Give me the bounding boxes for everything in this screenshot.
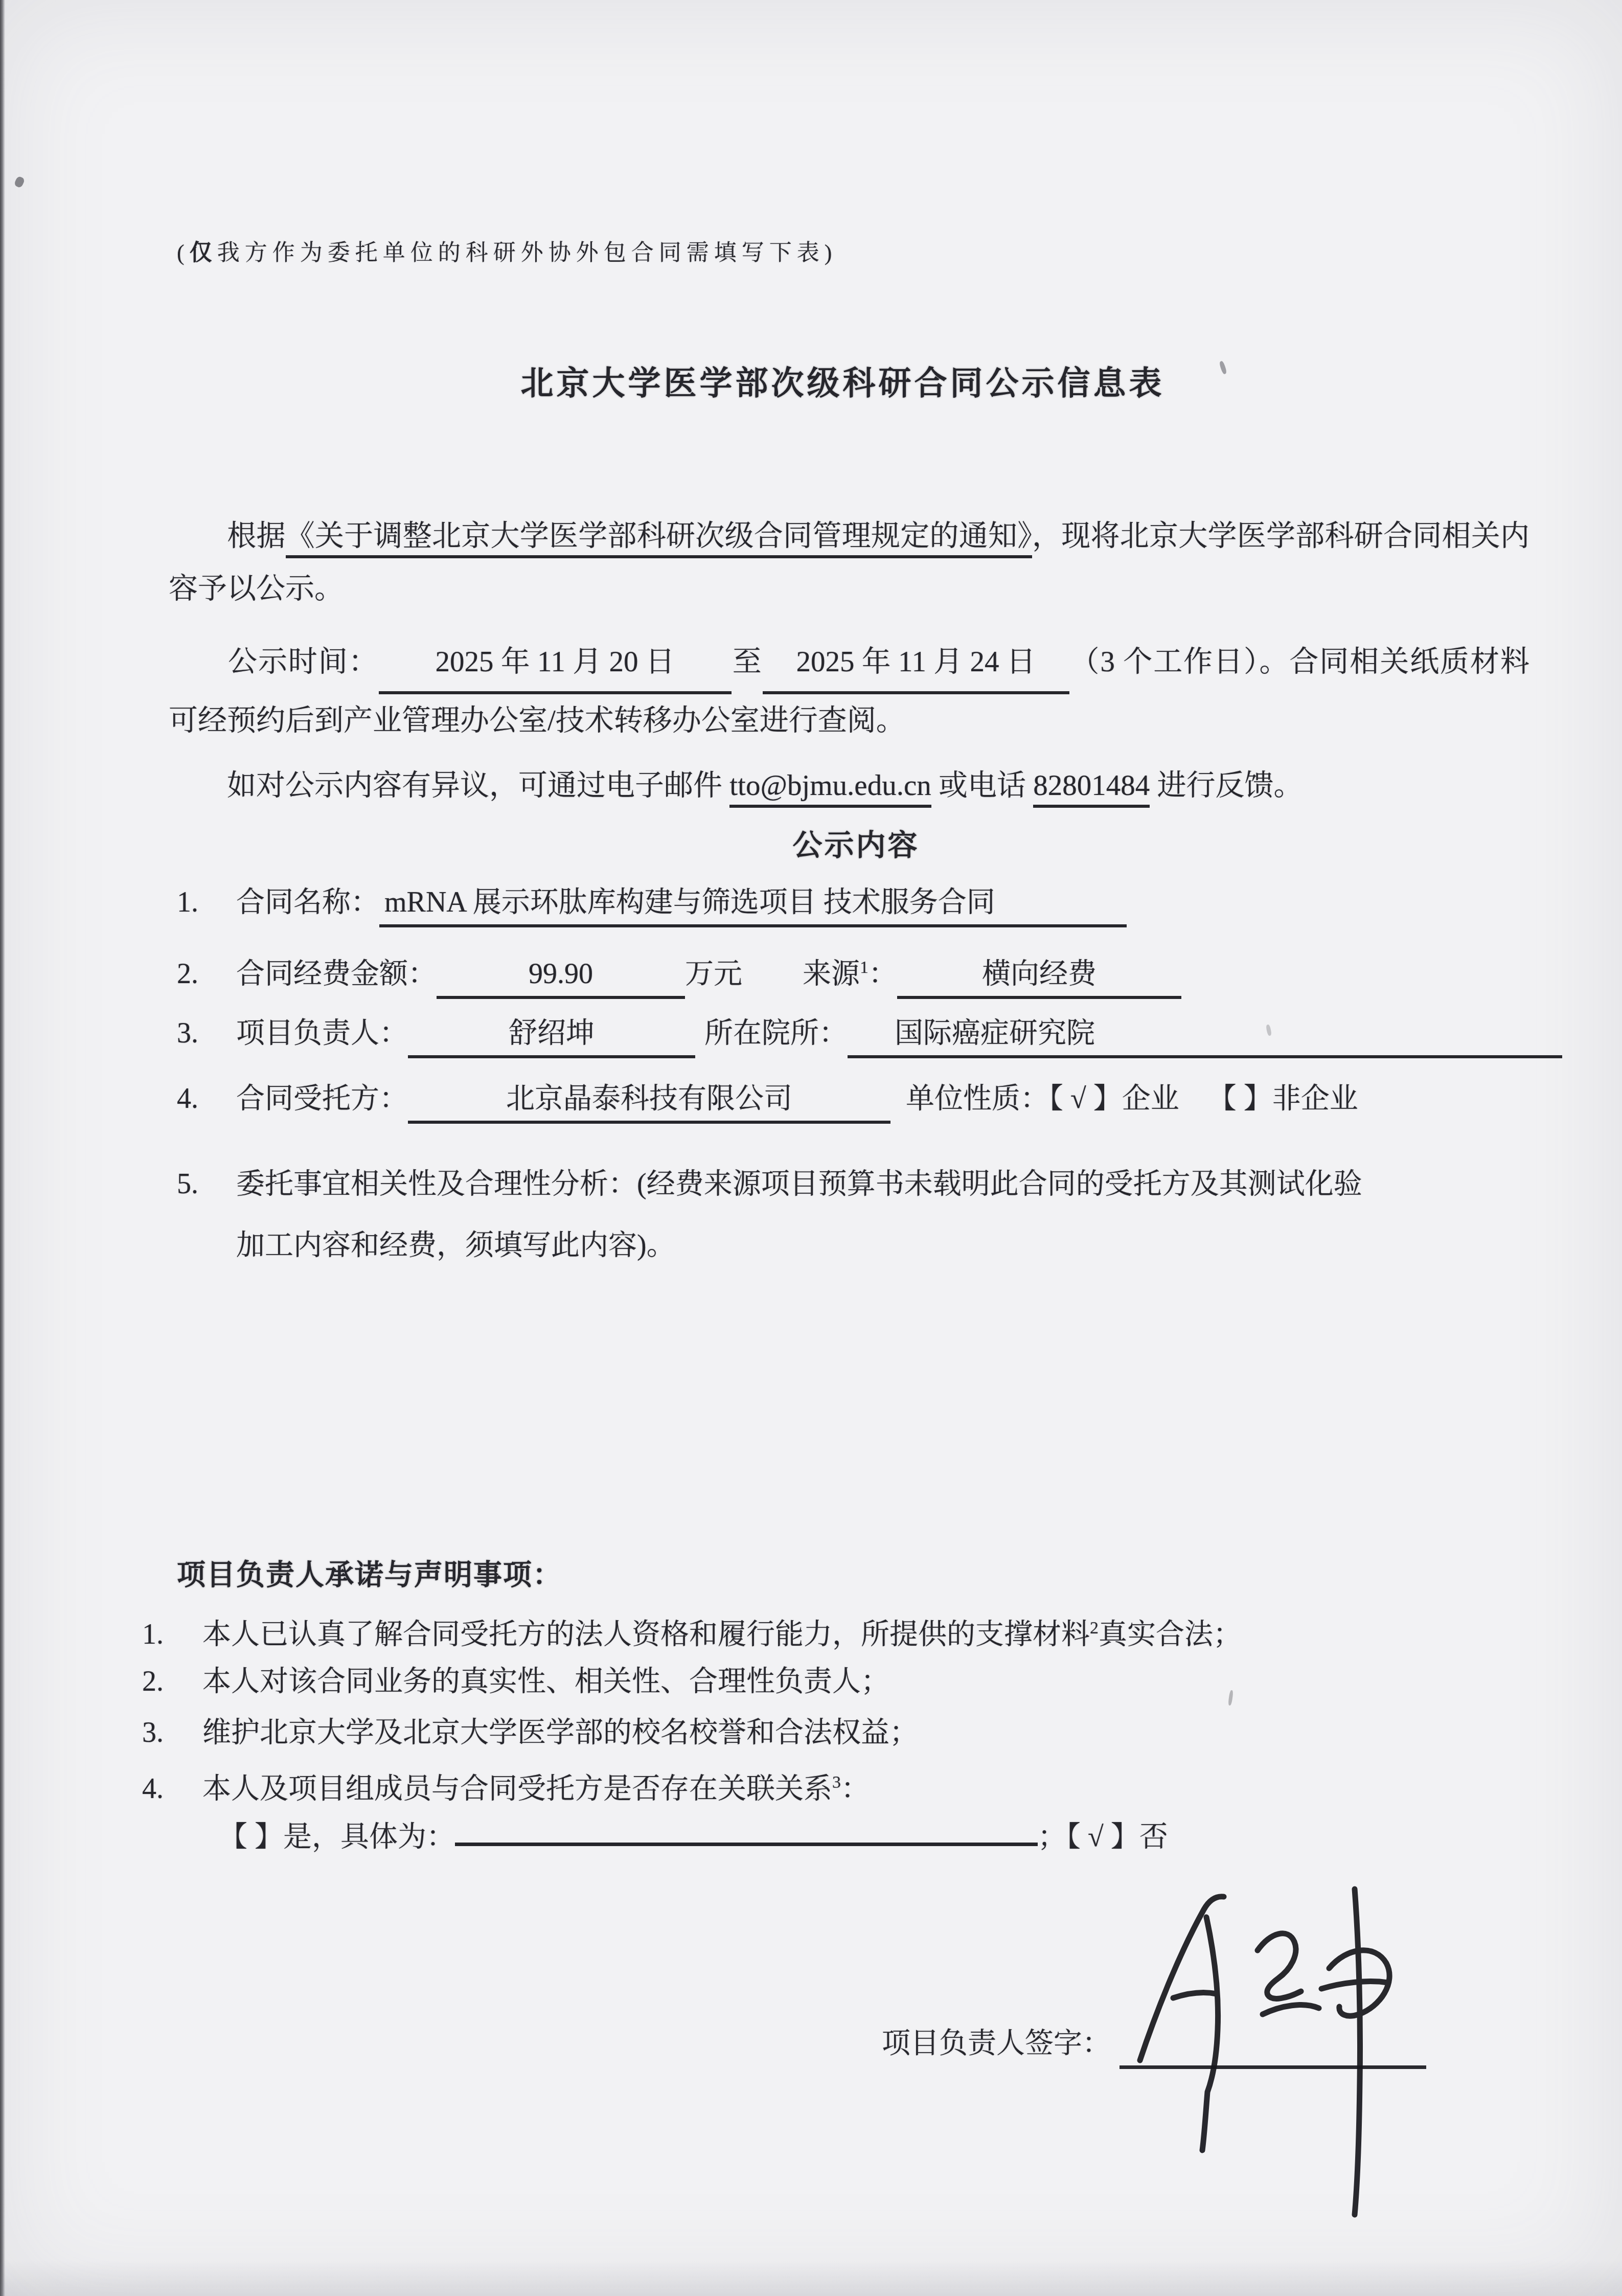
nature-label: 单位性质： [906, 1083, 1049, 1115]
item-number: 2. [142, 1663, 202, 1700]
declaration-text: 本人及项目组成员与合同受托方是否存在关联关系 [202, 1773, 832, 1805]
declaration-heading: 项目负责人承诺与声明事项： [177, 1552, 562, 1593]
source-value: 横向经费 [897, 955, 1181, 999]
item-number: 3. [177, 1014, 236, 1052]
contractor-value: 北京晶泰科技有限公司 [408, 1080, 890, 1124]
period-end-date: 2025 年 11 月 24 日 [763, 635, 1069, 694]
feedback-email: tto@bjmu.edu.cn [729, 769, 931, 808]
source-colon: ： [869, 958, 897, 990]
feedback-paragraph: 如对公示内容有异议，可通过电子邮件 tto@bjmu.edu.cn 或电话 82… [169, 759, 1529, 812]
checkbox-yes-unchecked: 【 】是，具体为： [219, 1821, 455, 1853]
checkbox-enterprise-checked: 【 √ 】企业 [1049, 1083, 1179, 1115]
declaration-item: 4.本人及项目组成员与合同受托方是否存在关联关系3： [142, 1764, 1553, 1808]
declaration-tail: ： [841, 1773, 870, 1805]
item-contract-name: 1.合同名称：mRNA 展示环肽库构建与筛选项目 技术服务合同 [177, 883, 1547, 927]
amount-label: 合同经费金额： [236, 958, 437, 990]
pi-label: 项目负责人： [236, 1017, 408, 1049]
department-value: 国际癌症研究院 [848, 1014, 1562, 1058]
item-number: 4. [177, 1080, 236, 1118]
feedback-mid: 或电话 [931, 769, 1034, 802]
declaration-text: 本人对该合同业务的真实性、相关性、合理性负责人； [202, 1666, 889, 1697]
scan-speck [14, 176, 26, 189]
pi-signature-handwriting [1089, 1861, 1477, 2249]
scanned-document-page: (仅我方作为委托单位的科研外协外包合同需填写下表) 北京大学医学部次级科研合同公… [0, 0, 1622, 2296]
relevance-analysis-line2: 加工内容和经费，须填写此内容)。 [236, 1215, 1535, 1276]
intro-lead: 根据 [227, 520, 286, 552]
item-contractor: 4.合同受托方：北京晶泰科技有限公司单位性质：【 √ 】企业【 】非企业 [177, 1080, 1547, 1124]
declaration-text: 本人已认真了解合同受托方的法人资格和履行能力，所提供的支撑材料 [202, 1619, 1090, 1650]
source-footnote-ref: 1 [860, 958, 869, 977]
item-number: 3. [142, 1714, 202, 1752]
declaration-item: 2.本人对该合同业务的真实性、相关性、合理性负责人； [142, 1663, 1553, 1700]
department-label: 所在院所： [704, 1017, 848, 1049]
declaration-tail: 真实合法； [1099, 1619, 1242, 1650]
feedback-tail: 进行反馈。 [1150, 769, 1303, 802]
top-note: (仅我方作为委托单位的科研外协外包合同需填写下表) [177, 234, 837, 267]
intro-paragraph: 根据《关于调整北京大学医学部科研次级合同管理规定的通知》，现将北京大学医学部科研… [169, 510, 1529, 615]
publicity-period-paragraph: 公示时间：2025 年 11 月 20 日至2025 年 11 月 24 日（3… [169, 635, 1529, 747]
period-start-date: 2025 年 11 月 20 日 [379, 635, 732, 694]
top-note-bold: 仅 [190, 240, 217, 265]
item-number: 1. [177, 883, 236, 921]
relevance-analysis-line1: 委托事宜相关性及合理性分析：(经费来源项目预算书未载明此合同的受托方及其测试化验 [236, 1153, 1535, 1215]
contract-name-value: mRNA 展示环肽库构建与筛选项目 技术服务合同 [379, 883, 1127, 927]
declaration-text: 维护北京大学及北京大学医学部的校名校誉和合法权益； [202, 1717, 918, 1748]
relation-detail-blank [455, 1839, 1038, 1846]
relevance-analysis-body: 委托事宜相关性及合理性分析：(经费来源项目预算书未载明此合同的受托方及其测试化验… [236, 1153, 1535, 1276]
contract-name-label: 合同名称： [236, 886, 379, 918]
top-note-open: ( [177, 240, 190, 265]
item-number: 5. [177, 1153, 236, 1215]
item-number: 4. [142, 1770, 202, 1808]
period-to-word: 至 [732, 646, 763, 678]
footnote-ref: 3 [832, 1773, 841, 1792]
amount-unit: 万元 [685, 958, 742, 990]
content-section-heading: 公示内容 [45, 821, 1622, 864]
item-number: 1. [142, 1616, 202, 1653]
notice-title-underlined: 《关于调整北京大学医学部科研次级合同管理规定的通知》 [286, 520, 1032, 558]
checkbox-no-checked: ；【 √ 】否 [1038, 1821, 1168, 1853]
relation-answer-line: 【 】是，具体为：；【 √ 】否 [219, 1814, 1168, 1855]
scan-left-edge-artifact [0, 0, 5, 2296]
declaration-item: 1.本人已认真了解合同受托方的法人资格和履行能力，所提供的支撑材料2真实合法； [142, 1609, 1553, 1653]
feedback-phone: 82801484 [1033, 769, 1150, 808]
pi-name-value: 舒绍坤 [408, 1014, 695, 1058]
item-contract-amount: 2.合同经费金额：99.90万元来源1：横向经费 [177, 949, 1547, 999]
declaration-item: 3.维护北京大学及北京大学医学部的校名校誉和合法权益； [142, 1714, 1553, 1752]
signature-label: 项目负责人签字： [882, 2020, 1111, 2061]
footnote-ref: 2 [1090, 1619, 1099, 1638]
item-number: 2. [177, 955, 236, 993]
contractor-label: 合同受托方： [236, 1083, 408, 1115]
item-principal-investigator: 3.项目负责人：舒绍坤所在院所：国际癌症研究院 [177, 1014, 1547, 1058]
checkbox-non-enterprise-unchecked: 【 】非企业 [1208, 1083, 1358, 1115]
top-note-rest: 我方作为委托单位的科研外协外包合同需填写下表) [217, 240, 837, 265]
scan-bottom-shade [0, 2260, 1622, 2296]
document-title: 北京大学医学部次级科研合同公示信息表 [32, 357, 1622, 404]
item-relevance-analysis: 5.委托事宜相关性及合理性分析：(经费来源项目预算书未载明此合同的受托方及其测试… [177, 1153, 1557, 1276]
period-label: 公示时间： [227, 646, 379, 678]
feedback-lead: 如对公示内容有异议，可通过电子邮件 [227, 769, 729, 802]
amount-value: 99.90 [437, 955, 685, 999]
source-label: 来源 [803, 958, 860, 990]
